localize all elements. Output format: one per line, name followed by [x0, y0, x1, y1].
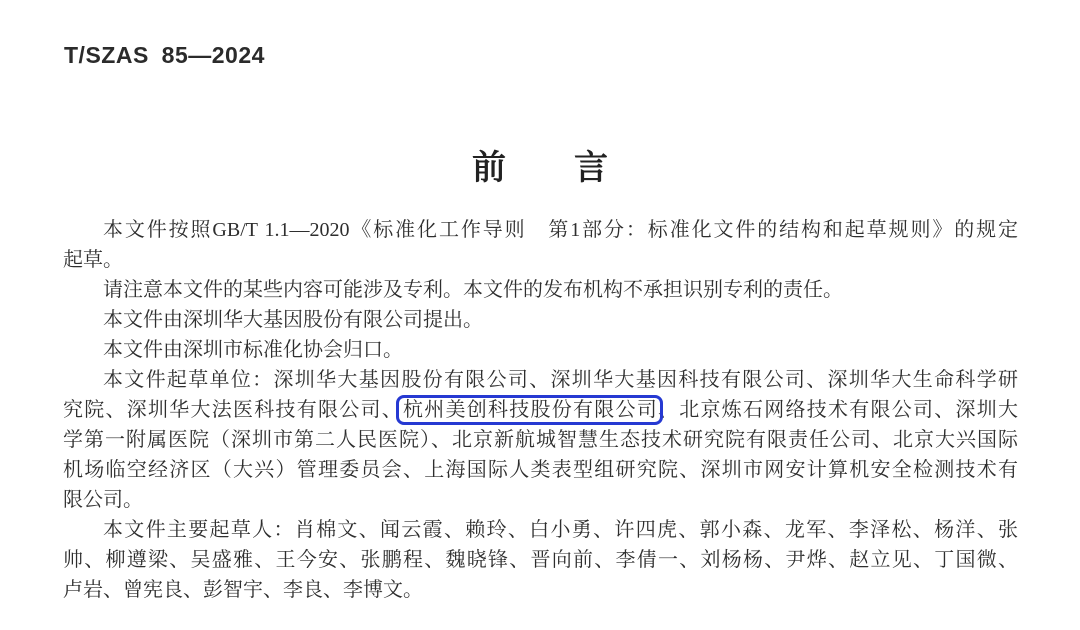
text-segment: 请注意本文件的某些内容可能涉及专利。本文件的发布机构不承担识别专利的责任。 — [103, 279, 843, 301]
paragraph: 本文件由深圳市标准化协会归口。 — [63, 335, 1018, 365]
text-line: 本文件由深圳市标准化协会归口。 — [63, 335, 1018, 365]
text-segment: 、北京炼石网络技术有限公司、深圳大 — [658, 399, 1018, 421]
text-segment: 卢岩、曾宪良、彭智宇、李良、李博文。 — [63, 579, 423, 601]
text-segment: 本文件按照GB/T 1.1—2020《标准化工作导则 第1部分：标准化文件的结构… — [103, 219, 1018, 241]
text-line: 帅、柳遵梁、吴盛雅、王今安、张鹏程、魏晓锋、晋向前、李倩一、刘杨杨、尹烨、赵立见… — [63, 545, 1018, 575]
text-segment: 帅、柳遵梁、吴盛雅、王今安、张鹏程、魏晓锋、晋向前、李倩一、刘杨杨、尹烨、赵立见… — [63, 549, 1018, 571]
text-line: 机场临空经济区（大兴）管理委员会、上海国际人类表型组研究院、深圳市网安计算机安全… — [63, 455, 1018, 485]
text-line: 本文件按照GB/T 1.1—2020《标准化工作导则 第1部分：标准化文件的结构… — [63, 215, 1018, 245]
text-line: 请注意本文件的某些内容可能涉及专利。本文件的发布机构不承担识别专利的责任。 — [63, 275, 1018, 305]
text-segment: 学第一附属医院（深圳市第二人民医院）、北京新航城智慧生态技术研究院有限责任公司、… — [63, 429, 1018, 451]
document-page: T/SZAS 85—2024 前 言 本文件按照GB/T 1.1—2020《标准… — [0, 0, 1080, 630]
text-segment: 限公司。 — [63, 489, 143, 511]
text-line: 起草。 — [63, 245, 1018, 275]
text-line: 究院、深圳华大法医科技有限公司、杭州美创科技股份有限公司、北京炼石网络技术有限公… — [63, 395, 1018, 425]
document-body: 本文件按照GB/T 1.1—2020《标准化工作导则 第1部分：标准化文件的结构… — [63, 215, 1018, 605]
text-segment: 本文件由深圳华大基因股份有限公司提出。 — [103, 309, 483, 331]
paragraph: 本文件起草单位：深圳华大基因股份有限公司、深圳华大基因科技有限公司、深圳华大生命… — [63, 365, 1018, 515]
text-segment: 本文件起草单位：深圳华大基因股份有限公司、深圳华大基因科技有限公司、深圳华大生命… — [103, 369, 1018, 391]
text-segment: 起草。 — [63, 249, 123, 271]
paragraph: 请注意本文件的某些内容可能涉及专利。本文件的发布机构不承担识别专利的责任。 — [63, 275, 1018, 305]
paragraph: 本文件按照GB/T 1.1—2020《标准化工作导则 第1部分：标准化文件的结构… — [63, 215, 1018, 275]
text-segment: 本文件由深圳市标准化协会归口。 — [103, 339, 403, 361]
paragraph: 本文件由深圳华大基因股份有限公司提出。 — [63, 305, 1018, 335]
text-segment: 机场临空经济区（大兴）管理委员会、上海国际人类表型组研究院、深圳市网安计算机安全… — [63, 459, 1018, 481]
page-title: 前 言 — [0, 140, 1080, 189]
text-line: 限公司。 — [63, 485, 1018, 515]
text-line: 本文件主要起草人：肖棉文、闻云霞、赖玲、白小勇、许四虎、郭小森、龙军、李泽松、杨… — [63, 515, 1018, 545]
text-segment: 究院、深圳华大法医科技有限公司、 — [63, 399, 403, 421]
highlighted-company: 杭州美创科技股份有限公司 — [403, 399, 658, 421]
text-line: 本文件由深圳华大基因股份有限公司提出。 — [63, 305, 1018, 335]
text-segment: 本文件主要起草人：肖棉文、闻云霞、赖玲、白小勇、许四虎、郭小森、龙军、李泽松、杨… — [103, 519, 1018, 541]
text-line: 学第一附属医院（深圳市第二人民医院）、北京新航城智慧生态技术研究院有限责任公司、… — [63, 425, 1018, 455]
doc-number: T/SZAS 85—2024 — [64, 42, 265, 69]
text-line: 本文件起草单位：深圳华大基因股份有限公司、深圳华大基因科技有限公司、深圳华大生命… — [63, 365, 1018, 395]
text-line: 卢岩、曾宪良、彭智宇、李良、李博文。 — [63, 575, 1018, 605]
paragraph: 本文件主要起草人：肖棉文、闻云霞、赖玲、白小勇、许四虎、郭小森、龙军、李泽松、杨… — [63, 515, 1018, 605]
